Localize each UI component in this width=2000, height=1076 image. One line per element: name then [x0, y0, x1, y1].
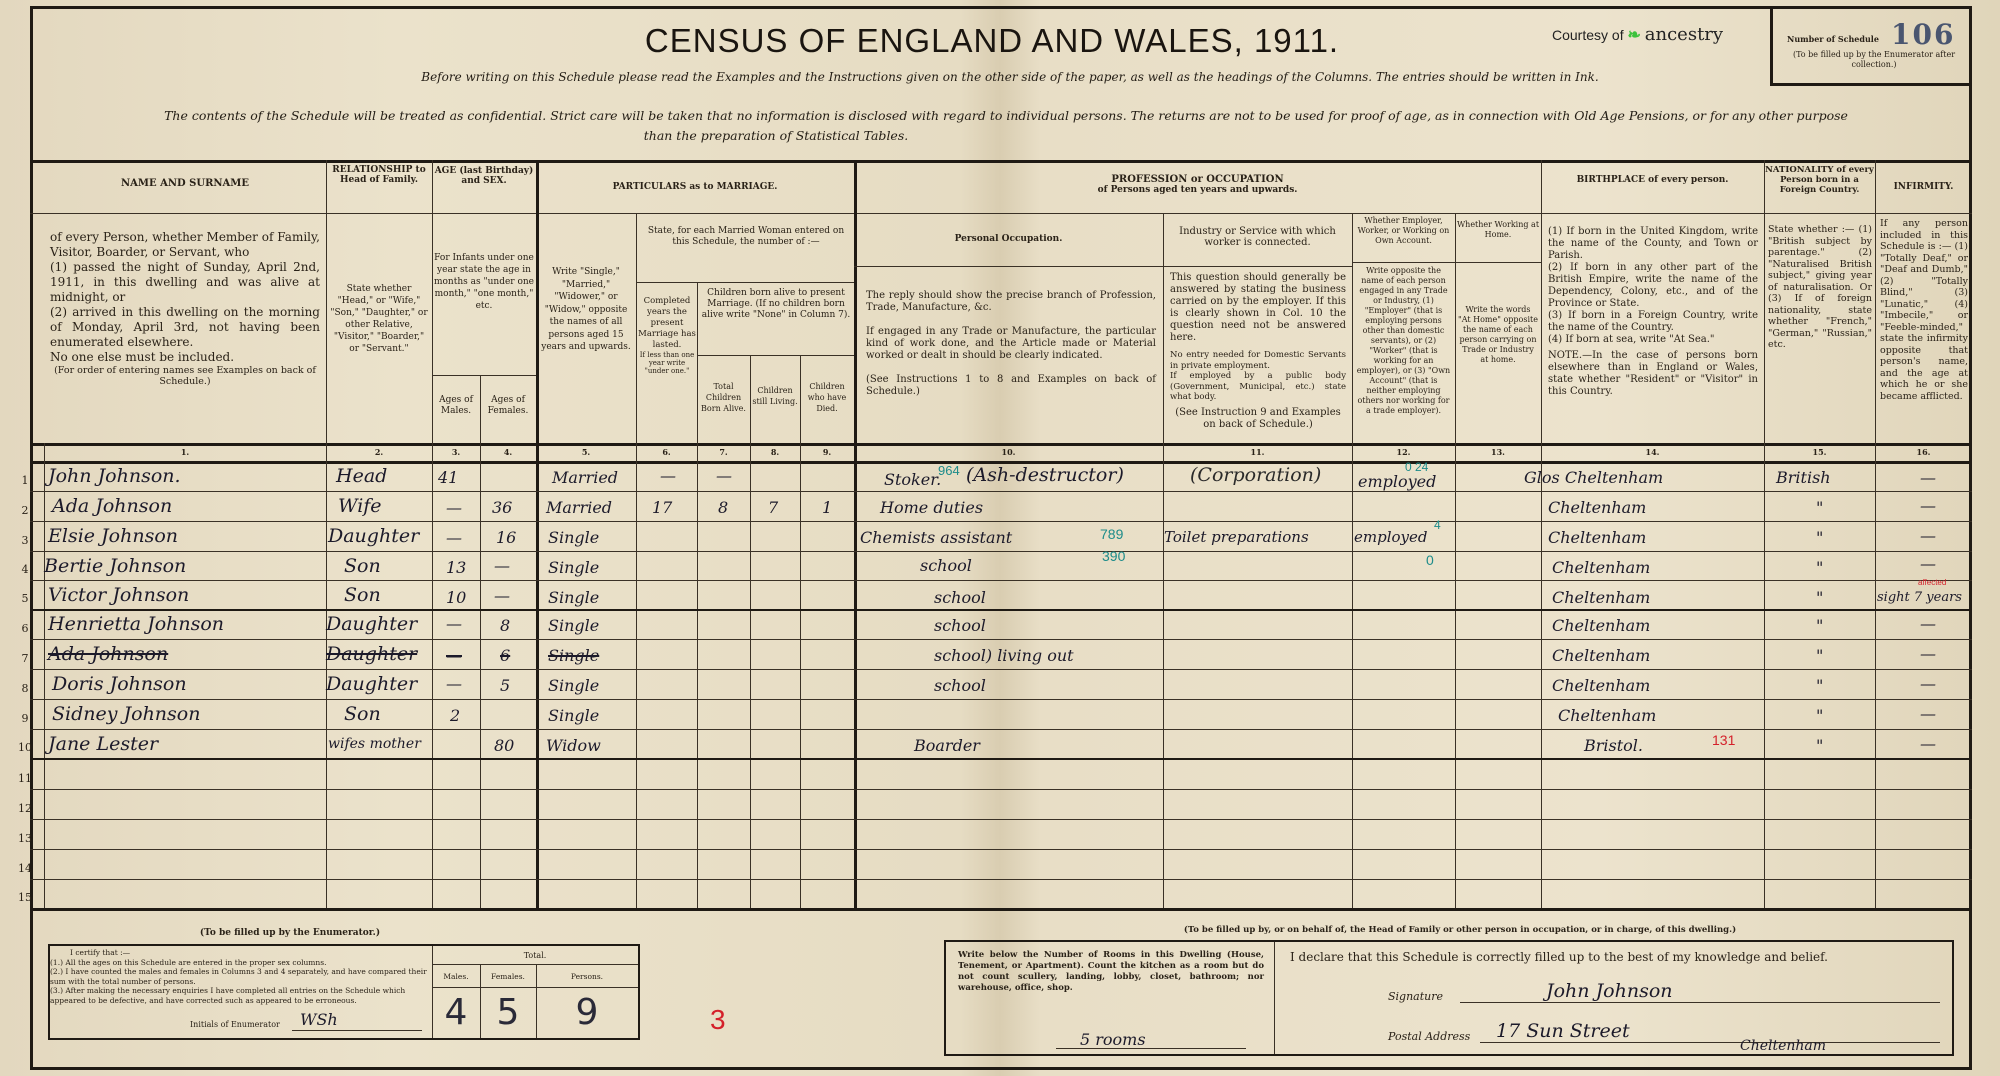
- cell-condition: Single: [548, 706, 599, 725]
- cell-occupation: Chemists assistant: [860, 528, 1012, 547]
- cell-infirmity: —: [1920, 704, 1936, 723]
- cell-nationality: ": [1816, 528, 1823, 547]
- header-personal-occupation: Personal Occupation.: [854, 234, 1163, 245]
- cell-infirmity: —: [1920, 468, 1936, 487]
- cell-nationality: ": [1816, 676, 1823, 695]
- header-nationality-desc: State whether :— (1) "British subject by…: [1768, 224, 1872, 351]
- cell-relationship: Son: [344, 584, 381, 606]
- total-males: 4: [432, 992, 480, 1033]
- cell-relationship: wifes mother: [328, 736, 421, 752]
- row-number: 10: [14, 741, 36, 754]
- cell-age-female: —: [494, 586, 510, 605]
- cell-age-female: 6: [500, 646, 510, 665]
- enumerator-certification-text: I certify that :— (1.) All the ages on t…: [50, 948, 430, 1005]
- cell-occupation-note: (Ash-destructor): [966, 464, 1124, 486]
- schedule-number-label: Number of Schedule: [1787, 34, 1879, 44]
- header-infirmity: INFIRMITY.: [1875, 182, 1972, 193]
- row-number: 2: [14, 504, 36, 517]
- rooms-instruction: Write below the Number of Rooms in this …: [958, 950, 1264, 994]
- row-number: 15: [14, 891, 36, 904]
- header-total-born: Total Children Born Alive.: [697, 381, 750, 414]
- cell-condition: Married: [546, 498, 612, 517]
- cell-age-female: 8: [500, 616, 510, 635]
- cell-condition: Single: [548, 646, 599, 665]
- cell-name: Henrietta Johnson: [48, 613, 224, 635]
- row-number: 12: [14, 802, 36, 815]
- colnum-5: 5.: [536, 447, 636, 457]
- colnum-16: 16.: [1875, 447, 1972, 457]
- cell-nationality: ": [1816, 616, 1823, 635]
- cell-relationship: Wife: [338, 495, 382, 517]
- rooms-value: 5 rooms: [1080, 1030, 1146, 1049]
- cell-occupation: Home duties: [880, 498, 983, 517]
- instruction-line-2: The contents of the Schedule will be tre…: [36, 108, 1976, 123]
- cell-birthplace: Bristol.: [1584, 736, 1643, 755]
- cell-birthplace-code: 131: [1712, 732, 1735, 748]
- colnum-3: 3.: [432, 447, 480, 457]
- cell-industry: Toilet preparations: [1164, 528, 1309, 546]
- cell-occupation: Boarder: [914, 736, 980, 755]
- row-number: 1: [14, 474, 36, 487]
- cell-condition: Married: [552, 468, 618, 487]
- cell-birthplace: Cheltenham: [1552, 588, 1650, 607]
- cell-name: Jane Lester: [48, 733, 158, 755]
- cell-condition: Single: [548, 616, 599, 635]
- ancestry-brand: ancestry: [1645, 24, 1723, 45]
- cell-occupation: school) living out: [934, 646, 1074, 665]
- females-label: Females.: [480, 972, 536, 981]
- signature-label: Signature: [1388, 990, 1443, 1003]
- cell-name: John Johnson.: [48, 465, 181, 487]
- cell-condition: Single: [548, 676, 599, 695]
- colnum-11: 11.: [1163, 447, 1352, 457]
- colnum-13: 13.: [1455, 447, 1541, 457]
- cell-nationality: ": [1816, 736, 1823, 755]
- cell-industry: (Corporation): [1190, 464, 1321, 486]
- postal-address-label: Postal Address: [1388, 1030, 1470, 1043]
- header-age-desc: For Infants under one year state the age…: [432, 252, 536, 312]
- cell-nationality: ": [1816, 558, 1823, 577]
- cell-infirmity: —: [1920, 644, 1936, 663]
- header-age: AGE (last Birthday) and SEX.: [432, 166, 536, 186]
- cell-relationship: Daughter: [328, 525, 419, 547]
- initials-label: Initials of Enumerator: [190, 1020, 280, 1029]
- cell-age-male: —: [446, 614, 462, 633]
- header-married-woman: State, for each Married Woman entered on…: [640, 226, 852, 248]
- cell-age-female: 16: [496, 528, 516, 547]
- cell-employment-code: 4: [1434, 518, 1441, 532]
- cell-nationality: British: [1776, 468, 1831, 487]
- cell-employment-code: 0: [1426, 552, 1434, 568]
- cell-infirmity: —: [1920, 496, 1936, 515]
- cell-condition: Single: [548, 588, 599, 607]
- header-marriage: PARTICULARS as to MARRIAGE.: [536, 182, 854, 193]
- header-at-home: Whether Working at Home.: [1455, 220, 1541, 240]
- total-females: 5: [480, 992, 536, 1033]
- cell-birthplace: Cheltenham: [1552, 646, 1650, 665]
- row-number: 11: [14, 772, 36, 785]
- cell-birthplace: Cheltenham: [1558, 706, 1656, 725]
- cell-relationship: Son: [344, 555, 381, 577]
- cell-infirmity: sight 7 years: [1877, 590, 1962, 605]
- cell-nationality: ": [1816, 498, 1823, 517]
- cell-occupation: Stoker.: [884, 470, 941, 489]
- colnum-4: 4.: [480, 447, 536, 457]
- cell-relationship: Daughter: [326, 613, 417, 635]
- header-nationality: NATIONALITY of every Person born in a Fo…: [1764, 165, 1875, 195]
- header-industry: Industry or Service with which worker is…: [1163, 226, 1352, 248]
- cell-relationship: Head: [336, 465, 387, 487]
- header-completed-years: Completed years the present Marriage has…: [637, 296, 697, 375]
- header-personal-desc: The reply should show the precise branch…: [866, 290, 1156, 398]
- colnum-2: 2.: [326, 447, 432, 457]
- colnum-10: 10.: [854, 447, 1163, 457]
- row-number: 7: [14, 652, 36, 665]
- total-persons: 9: [536, 992, 638, 1033]
- cell-nationality: ": [1816, 706, 1823, 725]
- header-children: Children born alive to present Marriage.…: [700, 288, 852, 321]
- schedule-number: 106: [1891, 18, 1955, 51]
- courtesy-prefix: Courtesy of: [1552, 27, 1624, 43]
- colnum-8: 8.: [750, 447, 800, 457]
- cell-infirmity-note: affected: [1918, 578, 1946, 587]
- header-at-home-desc: Write the words "At Home" opposite the n…: [1458, 305, 1538, 365]
- cell-occupation: school: [934, 676, 986, 695]
- total-label: Total.: [432, 951, 638, 960]
- colnum-12: 12.: [1352, 447, 1455, 457]
- row-number: 5: [14, 592, 36, 605]
- row-number: 14: [14, 862, 36, 875]
- header-marriage-write: Write "Single," "Married," "Widower," or…: [540, 266, 632, 354]
- census-schedule-page: CENSUS OF ENGLAND AND WALES, 1911. Befor…: [0, 0, 2000, 1076]
- cell-age-female: 5: [500, 676, 510, 695]
- colnum-15: 15.: [1764, 447, 1875, 457]
- row-number: 9: [14, 712, 36, 725]
- cell-children-living: 7: [768, 498, 778, 517]
- header-occupation: PROFESSION or OCCUPATION of Persons aged…: [854, 174, 1541, 196]
- header-have-died: Children who have Died.: [800, 381, 854, 414]
- cell-age-male: 41: [438, 468, 458, 487]
- schedule-number-note: (To be filled up by the Enumerator after…: [1779, 50, 1969, 70]
- cell-birthplace: Cheltenham: [1548, 498, 1646, 517]
- persons-label: Persons.: [536, 972, 638, 981]
- header-industry-desc: This question should generally be answer…: [1170, 272, 1346, 431]
- cell-age-male: —: [446, 528, 462, 547]
- declaration-text: I declare that this Schedule is correctl…: [1290, 950, 1828, 964]
- colnum-9: 9.: [800, 447, 854, 457]
- row-number: 8: [14, 682, 36, 695]
- cell-name: Doris Johnson: [52, 673, 187, 695]
- row-number: 13: [14, 832, 36, 845]
- cell-infirmity: —: [1920, 526, 1936, 545]
- cell-relationship: Daughter: [326, 673, 417, 695]
- cell-age-male: —: [446, 498, 462, 517]
- row-number: 4: [14, 563, 36, 576]
- cell-employment: employed: [1354, 528, 1427, 546]
- cell-employment: employed: [1358, 472, 1436, 491]
- cell-birthplace: Cheltenham: [1552, 558, 1650, 577]
- cell-age-male: 2: [450, 706, 460, 725]
- row-number: 6: [14, 622, 36, 635]
- cell-name: Elsie Johnson: [48, 525, 178, 547]
- red-mark: 3: [710, 1004, 726, 1036]
- ancestry-leaf-icon: ❧: [1627, 27, 1640, 44]
- signature-value: John Johnson: [1546, 980, 1673, 1002]
- enumerator-heading: (To be filled up by the Enumerator.): [80, 928, 500, 939]
- header-name-desc: of every Person, whether Member of Famil…: [50, 230, 320, 387]
- cell-birthplace: Cheltenham: [1552, 676, 1650, 695]
- header-relationship: RELATIONSHIP to Head of Family.: [326, 165, 432, 185]
- cell-condition: Widow: [546, 736, 601, 755]
- header-ages-females: Ages of Females.: [480, 395, 536, 417]
- colnum-6: 6.: [636, 447, 697, 457]
- cell-children-died: 1: [822, 498, 832, 517]
- cell-relationship: Son: [344, 703, 381, 725]
- cell-occupation-code: 789: [1100, 526, 1123, 542]
- cell-age-male: 13: [446, 558, 466, 577]
- colnum-7: 7.: [697, 447, 750, 457]
- row-number: 3: [14, 534, 36, 547]
- cell-occupation: school: [934, 616, 986, 635]
- cell-condition: Single: [548, 558, 599, 577]
- males-label: Males.: [432, 972, 480, 981]
- cell-age-male: 10: [446, 588, 466, 607]
- cell-birthplace: Cheltenham: [1552, 616, 1650, 635]
- cell-condition: Single: [548, 528, 599, 547]
- cell-nationality: ": [1816, 588, 1823, 607]
- cell-employment-code: 0 24: [1405, 460, 1428, 474]
- cell-years-married: 17: [652, 498, 672, 517]
- cell-name: Ada Johnson: [52, 495, 172, 517]
- cell-name: Victor Johnson: [48, 584, 189, 606]
- instruction-line-1: Before writing on this Schedule please r…: [250, 70, 1770, 84]
- head-section-heading: (To be filled up by, or on behalf of, th…: [960, 925, 1960, 936]
- cell-age-female: 80: [494, 736, 514, 755]
- page-title: CENSUS OF ENGLAND AND WALES, 1911.: [612, 22, 1372, 60]
- cell-age-male: —: [446, 674, 462, 693]
- instruction-line-3: than the preparation of Statistical Tabl…: [36, 128, 1516, 143]
- cell-occupation-code: 964: [938, 463, 960, 478]
- cell-occupation-code: 390: [1102, 548, 1125, 564]
- postal-address-town: Cheltenham: [1740, 1038, 1826, 1054]
- header-birthplace: BIRTHPLACE of every person.: [1541, 175, 1764, 186]
- colnum-1: 1.: [44, 447, 326, 457]
- cell-occupation: school: [920, 556, 972, 575]
- colnum-14: 14.: [1541, 447, 1764, 457]
- header-employer-desc: Write opposite the name of each person e…: [1354, 266, 1453, 416]
- postal-address-value: 17 Sun Street: [1496, 1020, 1630, 1042]
- enumerator-initials: WSh: [300, 1010, 338, 1029]
- cell-infirmity: —: [1920, 734, 1936, 753]
- header-still-living: Children still Living.: [750, 385, 800, 407]
- cell-children-born: 8: [718, 498, 728, 517]
- header-name: NAME AND SURNAME: [44, 178, 326, 189]
- cell-occupation: school: [934, 588, 986, 607]
- courtesy-credit: Courtesy of ❧ ancestry: [1552, 24, 1723, 45]
- cell-relationship: Daughter: [326, 643, 417, 665]
- cell-children-born: —: [716, 466, 732, 485]
- cell-infirmity: —: [1920, 614, 1936, 633]
- cell-infirmity: —: [1920, 554, 1936, 573]
- header-ages-males: Ages of Males.: [432, 395, 480, 417]
- cell-birthplace: Cheltenham: [1548, 528, 1646, 547]
- cell-name: Ada Johnson: [48, 643, 168, 665]
- header-relationship-desc: State whether "Head," or "Wife," "Son," …: [330, 283, 428, 355]
- cell-birthplace: Glos Cheltenham: [1524, 468, 1663, 487]
- header-infirmity-desc: If any person included in this Schedule …: [1880, 218, 1968, 402]
- header-birthplace-desc: (1) If born in the United Kingdom, write…: [1548, 226, 1758, 398]
- cell-years-married: —: [660, 466, 676, 485]
- cell-nationality: ": [1816, 646, 1823, 665]
- cell-name: Sidney Johnson: [52, 703, 200, 725]
- cell-age-female: —: [494, 556, 510, 575]
- schedule-number-box: Number of Schedule 106 (To be filled up …: [1770, 6, 1972, 86]
- header-employer: Whether Employer, Worker, or Working on …: [1352, 216, 1455, 246]
- cell-age-female: 36: [492, 498, 512, 517]
- cell-name: Bertie Johnson: [44, 555, 186, 577]
- cell-age-male: —: [446, 646, 462, 665]
- cell-infirmity: —: [1920, 674, 1936, 693]
